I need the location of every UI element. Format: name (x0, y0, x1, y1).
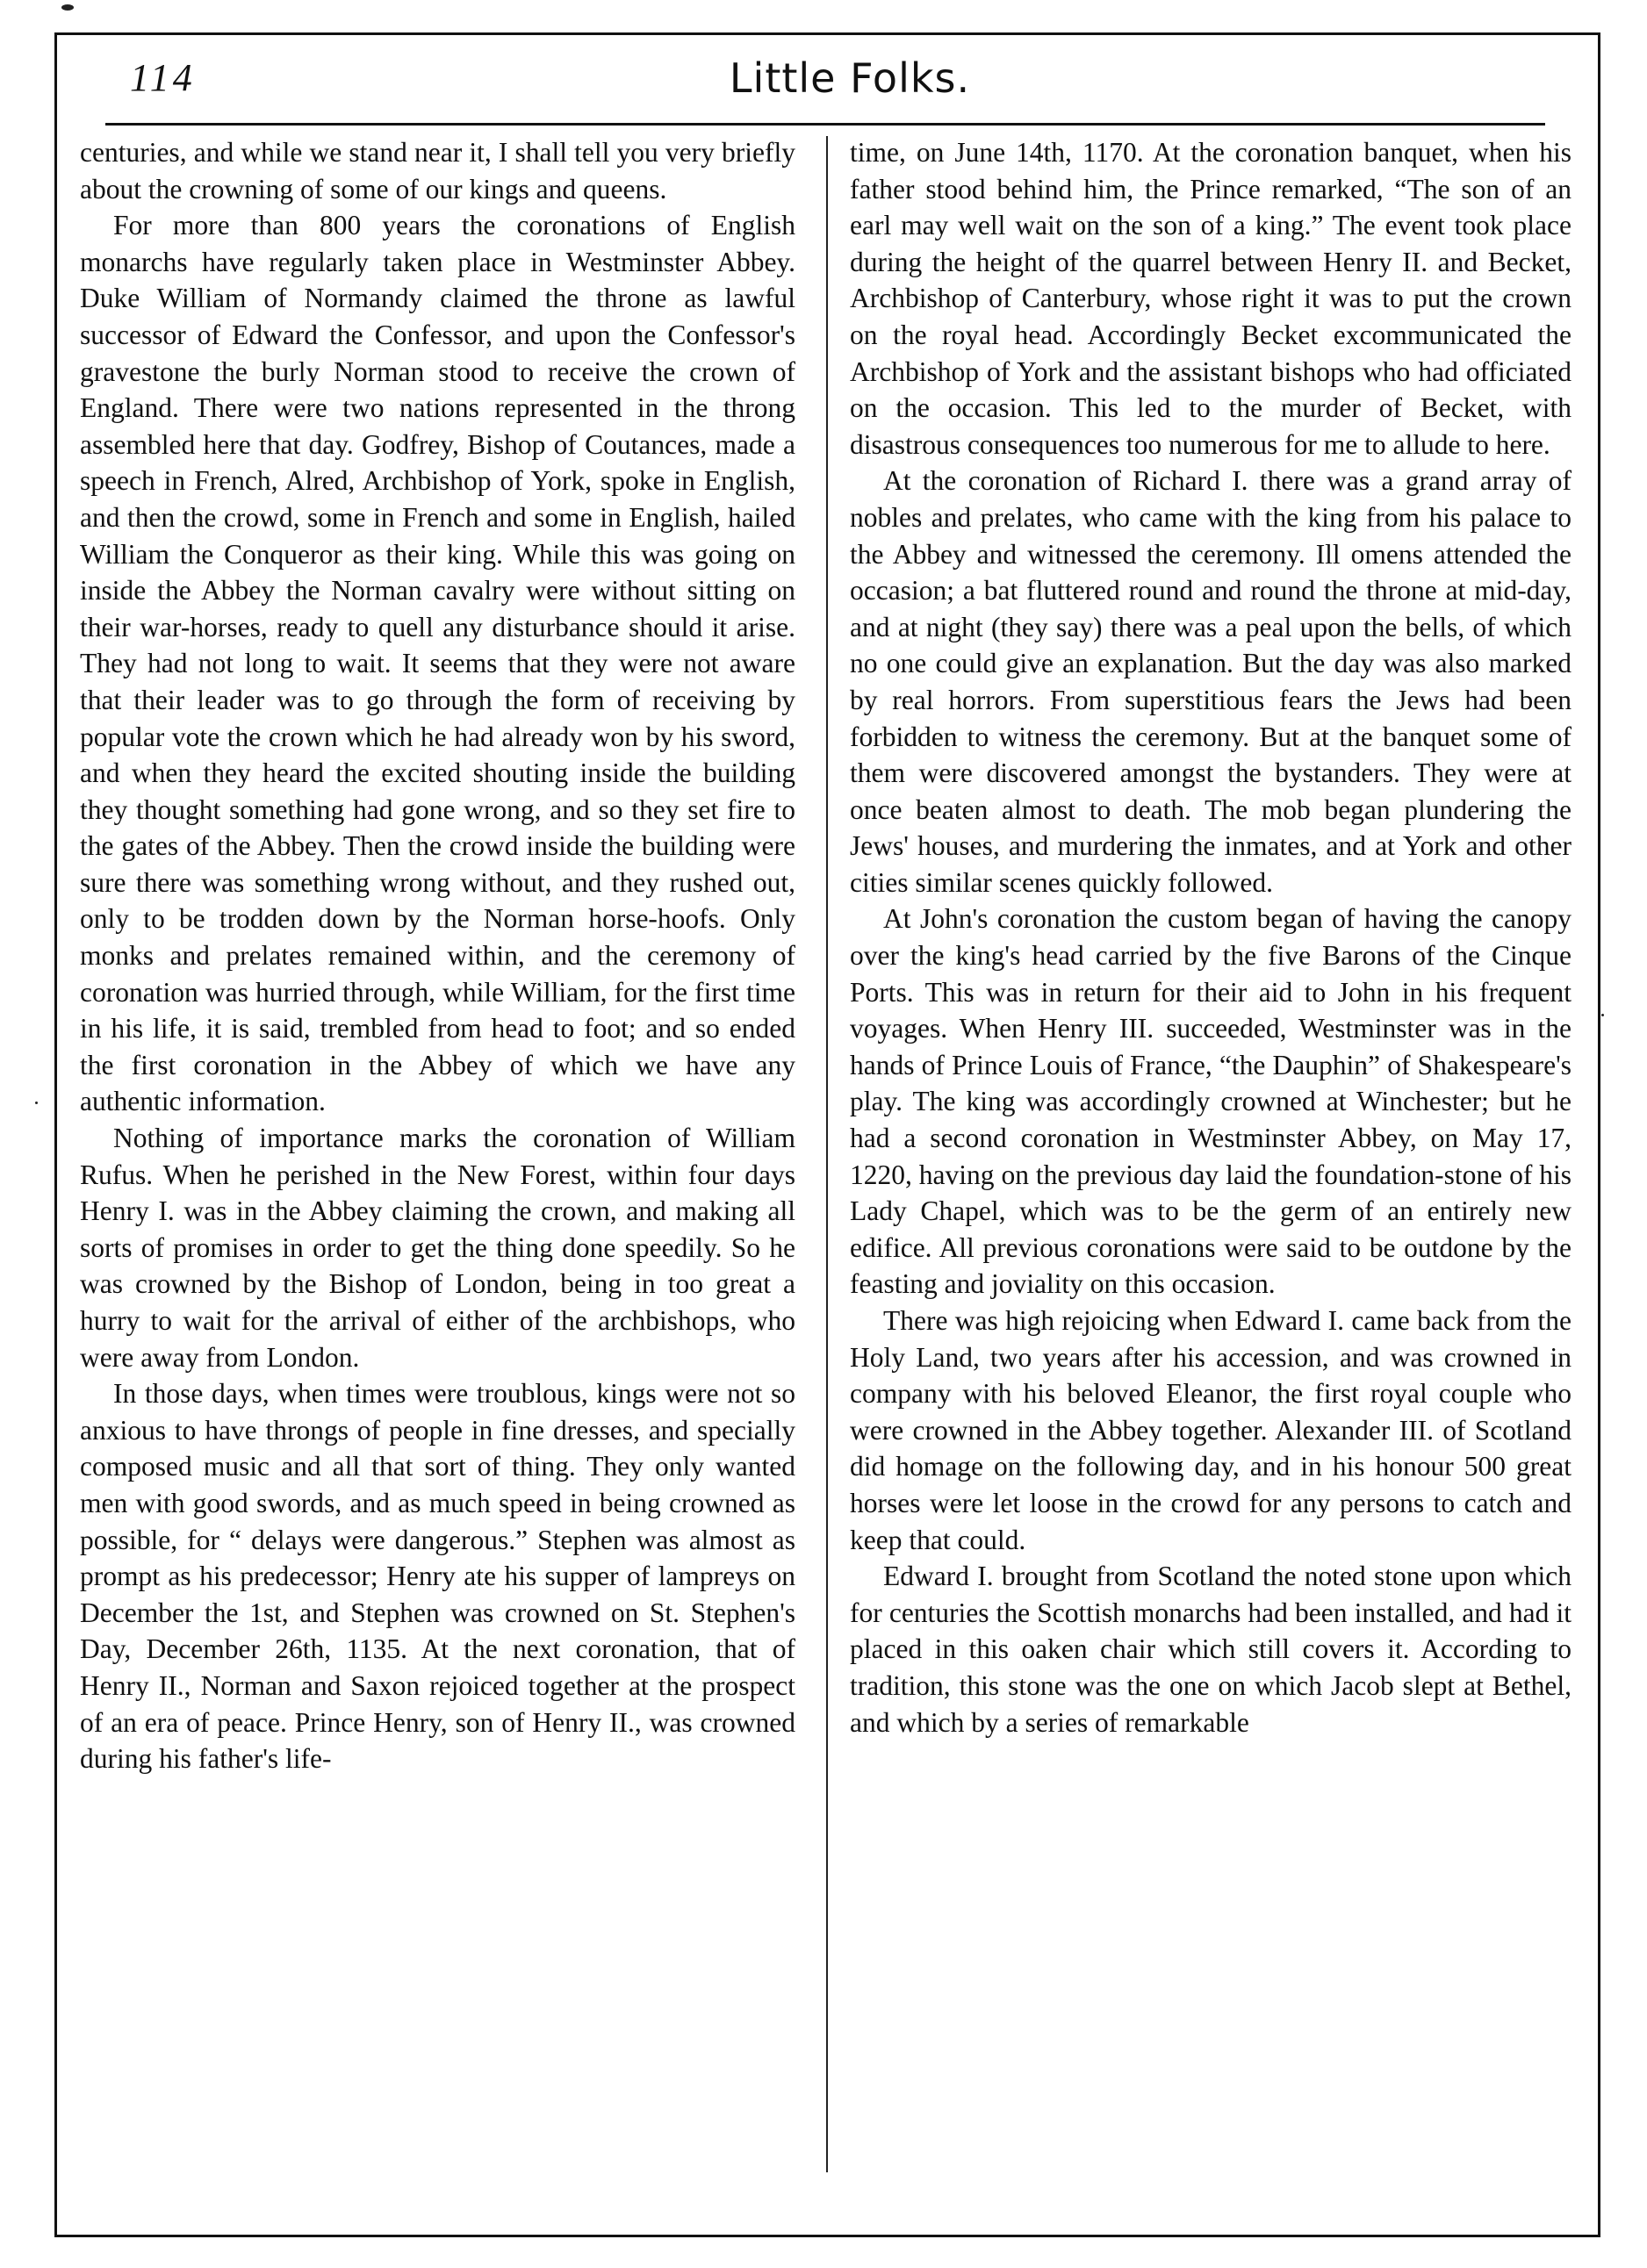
publication-title: Little Folks. (730, 58, 970, 98)
paragraph: In those days, when times were troublous… (80, 1375, 795, 1777)
paragraph: At the coronation of Richard I. there wa… (850, 463, 1571, 901)
paragraph: centuries, and while we stand near it, I… (80, 134, 795, 207)
right-column: time, on June 14th, 1170. At the coronat… (850, 134, 1571, 1740)
paragraph: There was high rejoicing when Edward I. … (850, 1303, 1571, 1558)
scan-speck (35, 1102, 38, 1104)
paragraph: At John's coronation the custom began of… (850, 901, 1571, 1303)
left-column: centuries, and while we stand near it, I… (80, 134, 795, 1777)
paragraph: Edward I. brought from Scotland the note… (850, 1558, 1571, 1740)
scan-speck (61, 4, 74, 11)
column-divider (826, 136, 828, 2172)
paragraph: time, on June 14th, 1170. At the coronat… (850, 134, 1571, 463)
paragraph: Nothing of importance marks the coronati… (80, 1120, 795, 1375)
paragraph: For more than 800 years the coronations … (80, 207, 795, 1120)
scan-speck (1601, 1014, 1604, 1016)
running-title: Little Folks. (0, 58, 1647, 98)
header-rule (105, 123, 1545, 126)
